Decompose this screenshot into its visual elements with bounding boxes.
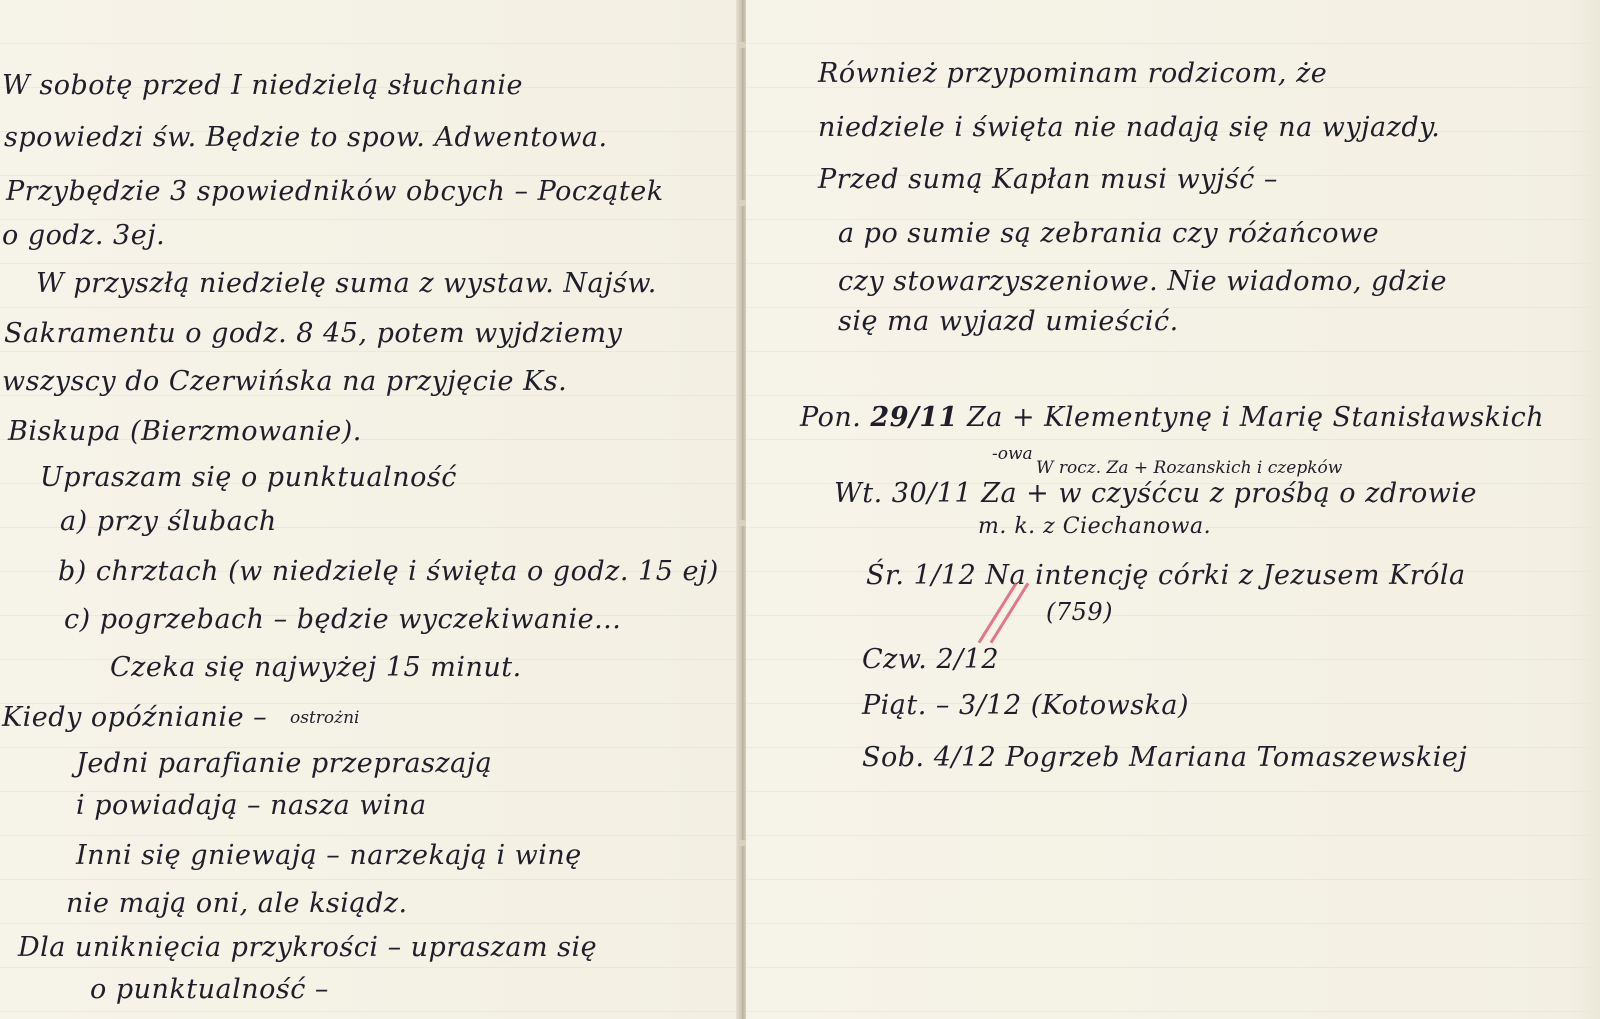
text-line: spowiedzi św. Będzie to spow. Adwentowa. (4, 122, 608, 153)
intention-row: Piąt. – 3/12 (Kotowska) (862, 690, 1189, 721)
text-line: Inni się gniewają – narzekają i winę (76, 840, 582, 871)
page-edge (1570, 0, 1600, 1019)
intention-day: Czw. (862, 644, 927, 675)
intention-note: (759) (1046, 598, 1113, 626)
intention-date: 29/11 (870, 402, 958, 433)
left-page: W sobotę przed I niedzielą słuchanie spo… (0, 0, 738, 1019)
text-line: Upraszam się o punktualność (40, 462, 457, 493)
text-line: Czeka się najwyżej 15 minut. (110, 652, 522, 683)
intention-row: Sob. 4/12 Pogrzeb Mariana Tomaszewskiej (862, 742, 1467, 773)
text-line: się ma wyjazd umieścić. (838, 306, 1179, 337)
text-line: Również przypominam rodzicom, że (818, 58, 1327, 89)
text-line: Biskupa (Bierzmowanie). (8, 416, 362, 447)
text-line: W sobotę przed I niedzielą słuchanie (2, 70, 523, 101)
text-line: o godz. 3ej. (2, 220, 165, 251)
intention-text: Na intencję córki z Jezusem Króla (985, 560, 1465, 591)
intention-day: Wt. (834, 478, 883, 509)
right-page: Również przypominam rodzicom, że niedzie… (746, 0, 1600, 1019)
intention-day: Śr. (866, 560, 905, 591)
binding-stitch (738, 42, 746, 48)
text-line: czy stowarzyszeniowe. Nie wiadomo, gdzie (838, 266, 1447, 297)
text-line: Przed sumą Kapłan musi wyjść – (818, 164, 1278, 195)
text-line: niedziele i święta nie nadają się na wyj… (818, 112, 1440, 143)
intention-note-above: W rocz. Za + Rozanskich i czepków (1036, 458, 1342, 478)
binding-stitch (738, 200, 746, 206)
intention-date: 30/11 (892, 478, 972, 509)
notebook-spread: W sobotę przed I niedzielą słuchanie spo… (0, 0, 1600, 1019)
intention-note: -owa (992, 444, 1033, 464)
intention-text: Pogrzeb Mariana Tomaszewskiej (1005, 742, 1467, 773)
intention-date: 2/12 (936, 644, 999, 675)
text-line: Jedni parafianie przepraszają (76, 748, 492, 779)
intention-row: Czw. 2/12 (862, 644, 999, 675)
intention-day: Sob. (862, 742, 925, 773)
intention-day: Pon. (800, 402, 861, 433)
interlinear-note: ostrożni (290, 708, 360, 728)
text-line: Przybędzie 3 spowiedników obcych – Począ… (6, 176, 664, 207)
intention-date: 4/12 (934, 742, 997, 773)
intention-row: Pon. 29/11 Za + Klementynę i Marię Stani… (800, 402, 1544, 433)
text-line: Sakramentu o godz. 8 45, potem wyjdziemy (4, 318, 622, 349)
text-line: W przyszłą niedzielę suma z wystaw. Najś… (36, 268, 657, 299)
intention-text: Za + Klementynę i Marię Stanisławskich (967, 402, 1544, 433)
intention-text: Za + w czyśćcu z prośbą o zdrowie (981, 478, 1477, 509)
intention-date: 3/12 (959, 690, 1022, 721)
intention-day: Piąt. (862, 690, 927, 721)
intention-row: Wt. 30/11 Za + w czyśćcu z prośbą o zdro… (834, 478, 1477, 509)
text-line: nie mają oni, ale ksiądz. (66, 888, 408, 919)
text-line: a) przy ślubach (60, 506, 277, 537)
text-line: i powiadają – nasza wina (76, 790, 427, 821)
intention-text: (Kotowska) (1031, 690, 1189, 721)
text-line: a po sumie są zebrania czy różańcowe (838, 218, 1379, 249)
text-line: wszyscy do Czerwińska na przyjęcie Ks. (2, 366, 567, 397)
binding-stitch (738, 520, 746, 526)
text-line: Dla uniknięcia przykrości – upraszam się (18, 932, 597, 963)
binding-stitch (738, 840, 746, 846)
intention-continuation: m. k. z Ciechanowa. (978, 514, 1211, 539)
text-line: o punktualność – (90, 974, 329, 1005)
intention-date: 1/12 (914, 560, 977, 591)
text-line: c) pogrzebach – będzie wyczekiwanie... (64, 604, 621, 635)
text-line: b) chrztach (w niedzielę i święta o godz… (58, 556, 719, 587)
text-line: Kiedy opóźnianie – (2, 702, 267, 733)
intention-row: Śr. 1/12 Na intencję córki z Jezusem Kró… (866, 560, 1466, 591)
